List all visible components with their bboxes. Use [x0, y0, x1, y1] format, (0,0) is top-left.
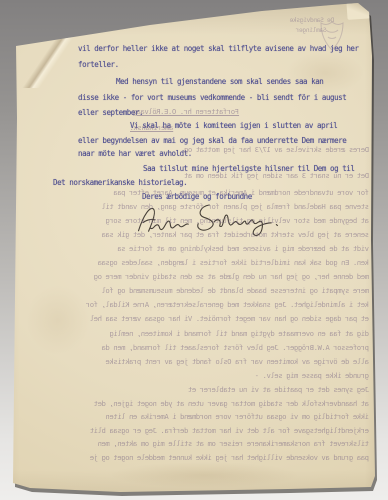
bleed-line: dig at faa en overmaate dygtig mand til … [12, 330, 369, 339]
bleed-line: Det er nu snart 3 aar siden jeg fik idee… [12, 172, 388, 181]
bleed-line: paa grund av voksende villighet har jeg … [12, 454, 369, 463]
bleed-line: Forfatteren hr. O.E.Rölvaag [133, 108, 239, 117]
fold-crease [6, 22, 96, 88]
scanned-letter: De Sandvigske Samlinger lvi vil derfor h… [0, 0, 388, 500]
bleed-line: erkjendtlighetsgave for alt det vi har m… [12, 427, 369, 436]
typed-line: forteller. [78, 60, 119, 69]
bleed-fragment: lvi [2, 47, 14, 56]
typed-line: vil derfor heller ikke at noget skal til… [78, 44, 359, 53]
bleed-line: senere at jeg blev sterkt motarbeidet fr… [12, 231, 369, 240]
typed-line: disse ikke - for vort museums vedkommend… [78, 93, 346, 102]
bleed-line: amerikansk. [130, 124, 173, 133]
bleed-line: mere sympati og interesse baade blandt d… [12, 287, 369, 296]
typed-line: Med hensyn til gjenstandene som skal sen… [116, 77, 323, 86]
paper-stain [110, 462, 300, 488]
bleed-line: et par dage siden og han var meget fornö… [12, 315, 369, 324]
bleed-line: at begynde med stor velvilje og tilslutn… [12, 217, 369, 226]
letter-page: De Sandvigske Samlinger lvi vil derfor h… [0, 0, 388, 500]
bleed-line: Jeg synes det er paatide at vi nu etable… [12, 386, 388, 395]
bleed-line: grunde ikke passe mig selv. - [12, 372, 388, 381]
bleed-line: ken. En god sak kan imidlertid ikke fort… [12, 259, 369, 268]
bleed-line: professor A.W.Brögger. Jeg blev först fo… [12, 344, 369, 353]
bleed-line: vidt at de beærede mig i avisene med bes… [12, 245, 369, 254]
bleed-line: at haandverksfolk der stadig mottar gave… [12, 400, 369, 409]
bleed-line: med denne her, og jeg har nu den glæde a… [12, 273, 369, 282]
bleed-line: alle de övrige av komiteen var fra Oslo … [12, 358, 369, 367]
typed-line: eller begyndelsen av mai og jeg skal da … [78, 136, 346, 145]
paper-stain [286, 52, 364, 94]
bleed-line: ikke fortidlig om vi ogsaa utförer vore … [12, 413, 369, 422]
bleed-line: tilskrevet fra norskamerikanere reiser o… [12, 440, 369, 449]
bleed-line: ket i almindelighet. Jeg snakket med gen… [12, 301, 369, 310]
bleed-line: stevne paa Hadeland fremla jeg planen fo… [12, 203, 369, 212]
bleed-line: for vore utvandrede nordmænd i Amerika e… [12, 189, 369, 198]
bleed-line: Deres ærede skrivelse av 17/3 har jeg mo… [12, 146, 369, 155]
